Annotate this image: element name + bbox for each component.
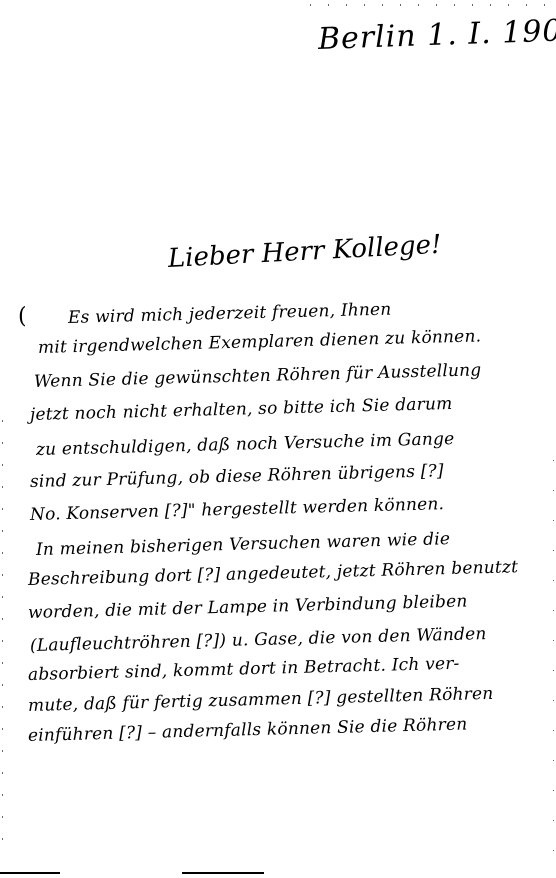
letter-line: mit irgendwelchen Exemplaren dienen zu k… [38,326,482,358]
letter-line: Wenn Sie die gewünschten Röhren für Auss… [34,360,482,392]
salutation: Lieber Herr Kollege! [167,230,442,274]
scan-edge-bottom [0,872,60,874]
scan-noise-right [553,460,554,860]
letter-line: worden, die mit der Lampe in Verbindung … [28,591,468,623]
letter-line: absorbiert sind, kommt dort in Betracht.… [28,654,460,685]
letter-page: Berlin 1. I. 1909. Lieber Herr Kollege! … [0,0,556,878]
letter-line: Beschreibung dort [?] angedeutet, jetzt … [28,557,519,590]
letter-line: einführen [?] – andernfalls können Sie d… [28,714,468,745]
scan-edge-bottom [182,872,264,874]
scan-noise-left [2,420,3,840]
scan-noise-top [310,4,556,6]
letter-line: In meinen bisherigen Versuchen waren wie… [36,529,451,560]
letter-line: Es wird mich jederzeit freuen, Ihnen [68,300,392,328]
letter-line: (Laufleuchtröhren [?]) u. Gase, die von … [30,624,487,656]
letter-line: jetzt noch nicht erhalten, so bitte ich … [30,394,453,425]
letter-line: No. Konserven [?]" hergestellt werden kö… [30,494,445,525]
letter-line: sind zur Prüfung, ob diese Röhren übrige… [30,461,444,492]
letter-line: zu entschuldigen, daß noch Versuche im G… [36,429,455,460]
letter-line: mute, daß für fertig zusammen [?] gestel… [28,684,494,716]
margin-bracket-mark: ( [18,304,27,329]
dateline: Berlin 1. I. 1909. [317,12,556,57]
